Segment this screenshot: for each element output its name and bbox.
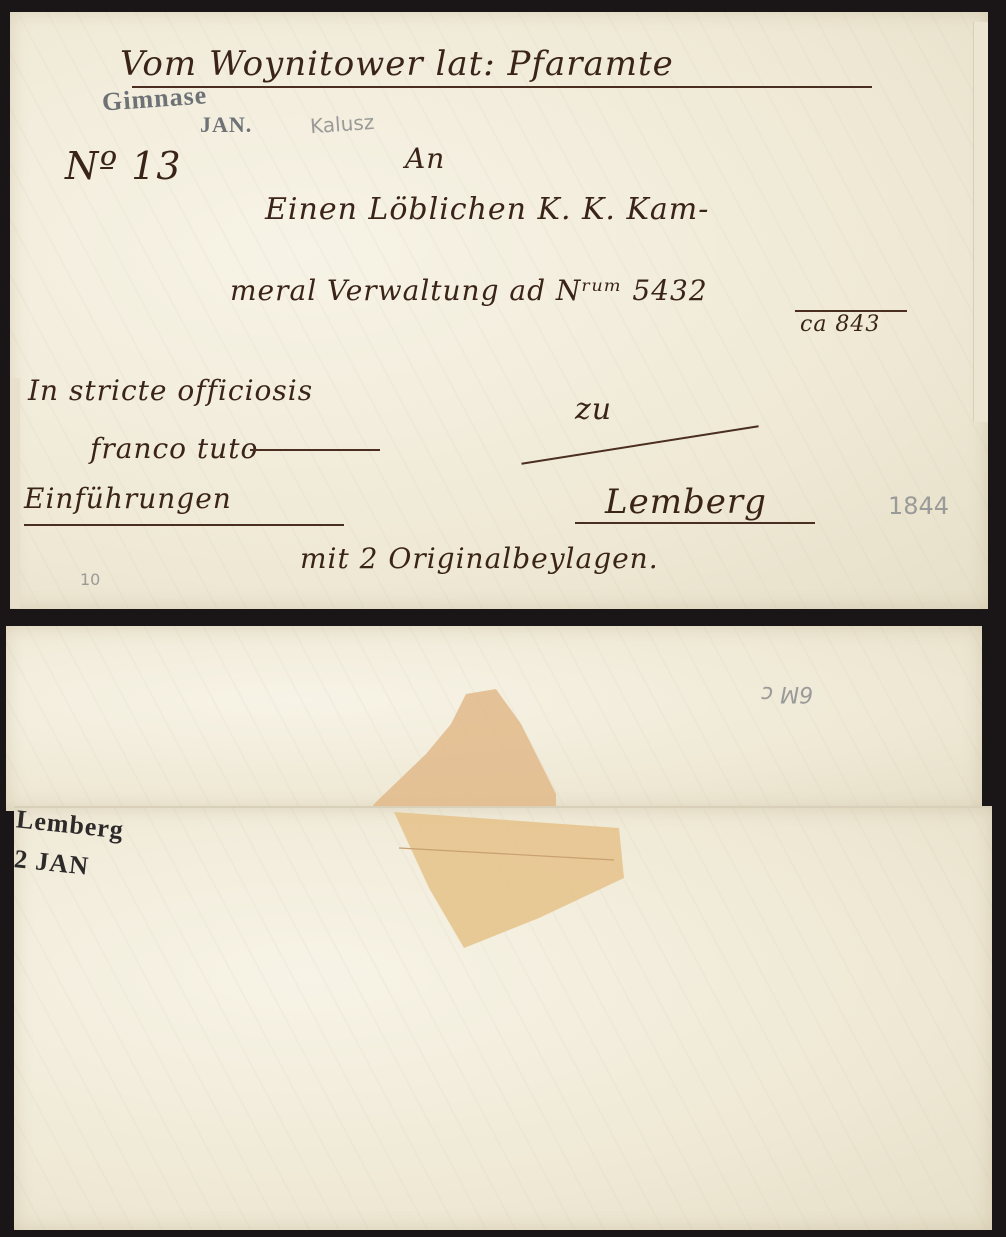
sender-line: Vom Woynitower lat: Pfaramte (120, 44, 674, 84)
sender-underline (132, 86, 872, 88)
letter-front: Vom Woynitower lat: Pfaramte Gimnase JAN… (10, 12, 988, 609)
note-franco-tuto: franco tuto (90, 432, 258, 465)
note-underline (24, 524, 344, 526)
address-line-2: Einen Löblichen K. K. Kam- (265, 192, 709, 227)
pencil-year: 1844 (888, 492, 949, 520)
pencil-note-kalusz: Kalusz (309, 110, 375, 138)
letter-back-upper-flap: 6M c (6, 626, 982, 811)
address-line-3: meral Verwaltung ad Nʳᵘᵐ 5432 (230, 274, 708, 307)
fold-flap-left (10, 378, 20, 608)
enclosure-line: mit 2 Originalbeylagen. (300, 542, 659, 575)
destination-prefix: zu (575, 392, 612, 427)
address-line-4: ca 843 (800, 312, 880, 337)
postmark-grey-date: JAN. (200, 112, 252, 138)
letter-back-lower-panel: Lemberg 2 JAN (14, 806, 992, 1230)
letter-number: Nº 13 (65, 144, 182, 188)
wax-seal-upper (356, 684, 556, 814)
address-line-1: An (405, 142, 445, 175)
pencil-note-10: 10 (80, 570, 100, 589)
destination-city: Lemberg (605, 482, 767, 522)
postmark-black-town: Lemberg (15, 804, 126, 845)
postmark-black-date: 2 JAN (13, 844, 91, 882)
pencil-note-back: 6M c (761, 681, 813, 706)
destination-underline (575, 522, 815, 524)
destination-stroke (521, 425, 758, 464)
wax-seal-lower (389, 808, 629, 953)
strike-tuto (250, 449, 380, 451)
fold-flap-right (973, 22, 988, 422)
postmark-grey-town: Gimnase (101, 80, 208, 117)
note-stricte-officiosis: In stricte officiosis (28, 374, 313, 407)
note-einfuehrungen: Einführungen (24, 482, 232, 515)
